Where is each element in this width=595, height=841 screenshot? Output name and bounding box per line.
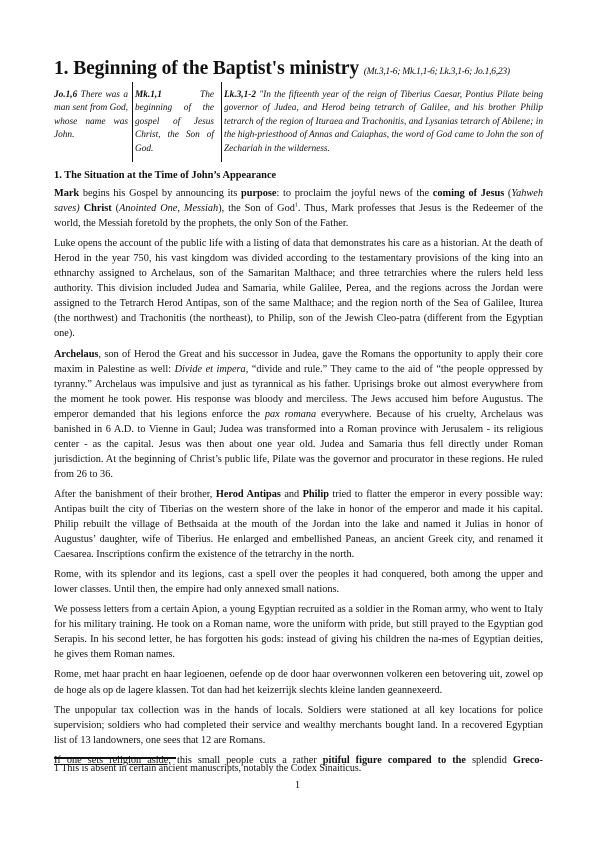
text: : to proclaim the joyful news of the: [276, 188, 432, 199]
main-body: 1. The Situation at the Time of John’s A…: [54, 168, 543, 773]
paragraph-rome-dutch: Rome, met haar pracht en haar legioenen,…: [54, 667, 543, 697]
bold-text: Mark: [54, 188, 79, 199]
paragraph-apion-letters: We possess letters from a certain Apion,…: [54, 602, 543, 662]
gospel-column-luke: Lk.3,1-2 "In the fifteenth year of the r…: [224, 82, 543, 162]
bold-text: purpose: [241, 188, 276, 199]
gospel-column-john: Jo.1,6 There was a man sent from God, wh…: [54, 82, 128, 162]
bold-text: Philip: [303, 489, 329, 500]
column-divider: [132, 82, 133, 162]
text: After the banishment of their brother,: [54, 489, 216, 500]
paragraph-tax-collection: The unpopular tax collection was in the …: [54, 703, 543, 748]
italic-text: Divide et impera: [175, 364, 246, 375]
column-text: "In the fifteenth year of the reign of T…: [224, 90, 543, 154]
column-ref: Jo.1,6: [54, 90, 77, 100]
page-title: 1. Beginning of the Baptist's ministry (…: [54, 58, 554, 80]
title-text: 1. Beginning of the Baptist's ministry: [54, 58, 359, 79]
scripture-references: (Mt.3,1-6; Mk.1,1-6; Lk.3,1-6; Jo.1,6,23…: [364, 66, 510, 77]
bold-text: Christ: [84, 203, 112, 214]
column-ref: Lk.3,1-2: [224, 90, 256, 100]
bold-text: Herod Antipas: [216, 489, 281, 500]
italic-text: Anointed One, Messiah: [119, 203, 218, 214]
page-number: 1: [0, 780, 595, 791]
gospel-column-mark: Mk.1,1 The beginning of the gospel of Je…: [135, 82, 214, 162]
bold-text: Archelaus: [54, 349, 98, 360]
bold-text: coming of Jesus: [433, 188, 504, 199]
gospel-parallel-columns: Jo.1,6 There was a man sent from God, wh…: [54, 82, 543, 162]
paragraph-archelaus: Archelaus, son of Herod the Great and hi…: [54, 347, 543, 482]
paragraph-luke-history: Luke opens the account of the public lif…: [54, 236, 543, 341]
column-divider: [221, 82, 222, 162]
text: ), the Son of God: [218, 203, 295, 214]
text: (: [112, 203, 119, 214]
text: and: [281, 489, 303, 500]
section-heading: 1. The Situation at the Time of John’s A…: [54, 168, 543, 183]
footnote-separator: [54, 757, 176, 759]
paragraph-rome-splendor: Rome, with its splendor and its legions,…: [54, 567, 543, 597]
italic-text: pax romana: [265, 409, 316, 420]
column-ref: Mk.1,1: [135, 90, 162, 100]
text: begins his Gospel by announcing its: [79, 188, 241, 199]
paragraph-mark-purpose: Mark begins his Gospel by announcing its…: [54, 186, 543, 231]
paragraph-antipas-philip: After the banishment of their brother, H…: [54, 487, 543, 562]
footnote: 1 This is absent in certain ancient manu…: [54, 762, 543, 775]
